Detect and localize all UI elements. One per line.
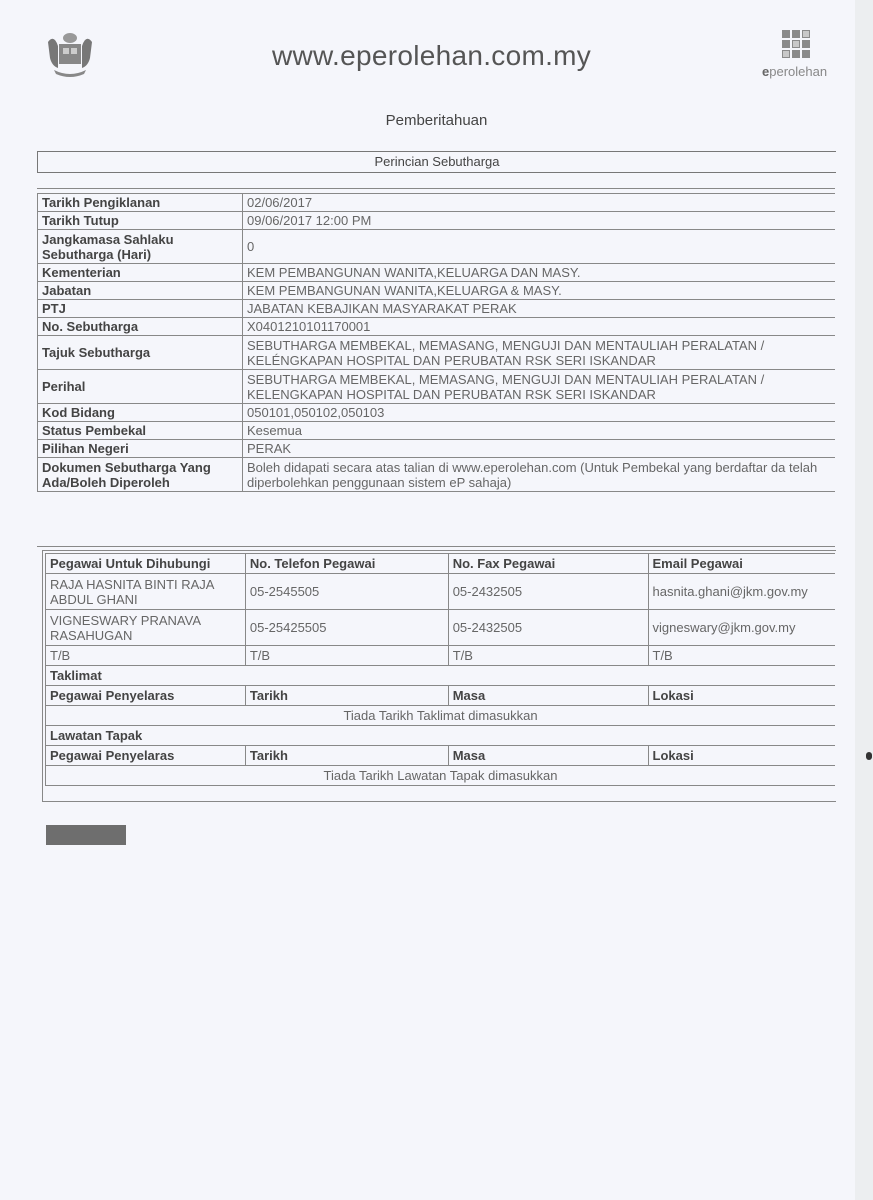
coat-of-arms-icon <box>44 30 96 80</box>
contacts-table: Pegawai Untuk DihubungiNo. Telefon Pegaw… <box>45 553 835 786</box>
detail-row: Status PembekalKesemua <box>38 422 836 440</box>
detail-label: Pilihan Negeri <box>38 440 243 458</box>
column-header: Masa <box>448 686 648 706</box>
column-header: Pegawai Penyelaras <box>46 686 246 706</box>
column-header: Email Pegawai <box>648 554 835 574</box>
detail-row: Dokumen Sebutharga Yang Ada/Boleh Dipero… <box>38 458 836 492</box>
detail-label: Kementerian <box>38 264 243 282</box>
logo-text-rest: perolehan <box>769 64 827 79</box>
detail-row: Tajuk SebuthargaSEBUTHARGA MEMBEKAL, MEM… <box>38 336 836 370</box>
contact-cell: VIGNESWARY PRANAVA RASAHUGAN <box>46 610 246 646</box>
detail-row: No. SebuthargaX0401210101170001 <box>38 318 836 336</box>
contact-cell: T/B <box>245 646 448 666</box>
contact-cell: 05-2545505 <box>245 574 448 610</box>
contact-cell: T/B <box>46 646 246 666</box>
column-header: Tarikh <box>245 686 448 706</box>
detail-label: Status Pembekal <box>38 422 243 440</box>
lawatan-title: Lawatan Tapak <box>46 726 836 746</box>
contact-row: RAJA HASNITA BINTI RAJA ABDUL GHANI05-25… <box>46 574 836 610</box>
divider <box>37 546 835 547</box>
scan-speck <box>866 752 872 760</box>
lawatan-title-row: Lawatan Tapak <box>46 726 836 746</box>
section-title: Perincian Sebutharga <box>37 151 836 173</box>
site-title: www.eperolehan.com.my <box>272 40 591 72</box>
taklimat-title: Taklimat <box>46 666 836 686</box>
detail-label: Tajuk Sebutharga <box>38 336 243 370</box>
detail-value: 050101,050102,050103 <box>243 404 836 422</box>
detail-value: Kesemua <box>243 422 836 440</box>
contact-row: T/BT/BT/BT/B <box>46 646 836 666</box>
detail-value: KEM PEMBANGUNAN WANITA,KELUARGA & MASY. <box>243 282 836 300</box>
contact-cell: vigneswary@jkm.gov.my <box>648 610 835 646</box>
detail-label: Jabatan <box>38 282 243 300</box>
column-header: No. Telefon Pegawai <box>245 554 448 574</box>
contact-cell: 05-2432505 <box>448 574 648 610</box>
details-table: Tarikh Pengiklanan02/06/2017Tarikh Tutup… <box>37 193 835 492</box>
column-header: Masa <box>448 746 648 766</box>
scan-edge <box>855 0 873 1200</box>
contact-cell: 05-2432505 <box>448 610 648 646</box>
contact-row: VIGNESWARY PRANAVA RASAHUGAN05-254255050… <box>46 610 836 646</box>
redacted-button <box>46 825 126 845</box>
detail-label: Jangkamasa Sahlaku Sebutharga (Hari) <box>38 230 243 264</box>
detail-value: 09/06/2017 12:00 PM <box>243 212 836 230</box>
detail-label: No. Sebutharga <box>38 318 243 336</box>
column-header: No. Fax Pegawai <box>448 554 648 574</box>
contact-cell: T/B <box>448 646 648 666</box>
detail-label: Perihal <box>38 370 243 404</box>
taklimat-header-row: Pegawai PenyelarasTarikhMasaLokasi <box>46 686 836 706</box>
notice-title: Pemberitahuan <box>0 112 873 129</box>
contacts-header-row: Pegawai Untuk DihubungiNo. Telefon Pegaw… <box>46 554 836 574</box>
detail-label: Dokumen Sebutharga Yang Ada/Boleh Dipero… <box>38 458 243 492</box>
detail-row: Pilihan NegeriPERAK <box>38 440 836 458</box>
column-header: Lokasi <box>648 686 835 706</box>
detail-row: PTJJABATAN KEBAJIKAN MASYARAKAT PERAK <box>38 300 836 318</box>
detail-value: SEBUTHARGA MEMBEKAL, MEMASANG, MENGUJI D… <box>243 370 836 404</box>
lawatan-header-row: Pegawai PenyelarasTarikhMasaLokasi <box>46 746 836 766</box>
detail-label: Kod Bidang <box>38 404 243 422</box>
taklimat-empty-message: Tiada Tarikh Taklimat dimasukkan <box>46 706 836 726</box>
detail-row: JabatanKEM PEMBANGUNAN WANITA,KELUARGA &… <box>38 282 836 300</box>
logo-text: eperolehan <box>762 64 827 79</box>
column-header: Lokasi <box>648 746 835 766</box>
detail-value: KEM PEMBANGUNAN WANITA,KELUARGA DAN MASY… <box>243 264 836 282</box>
detail-value: SEBUTHARGA MEMBEKAL, MEMASANG, MENGUJI D… <box>243 336 836 370</box>
detail-label: PTJ <box>38 300 243 318</box>
lawatan-empty-row: Tiada Tarikh Lawatan Tapak dimasukkan <box>46 766 836 786</box>
detail-label: Tarikh Tutup <box>38 212 243 230</box>
detail-value: JABATAN KEBAJIKAN MASYARAKAT PERAK <box>243 300 836 318</box>
detail-row: Tarikh Pengiklanan02/06/2017 <box>38 194 836 212</box>
detail-value: Boleh didapati secara atas talian di www… <box>243 458 836 492</box>
detail-row: Kod Bidang050101,050102,050103 <box>38 404 836 422</box>
detail-value: X0401210101170001 <box>243 318 836 336</box>
contact-cell: T/B <box>648 646 835 666</box>
contact-cell: RAJA HASNITA BINTI RAJA ABDUL GHANI <box>46 574 246 610</box>
contact-cell: 05-25425505 <box>245 610 448 646</box>
detail-row: Jangkamasa Sahlaku Sebutharga (Hari)0 <box>38 230 836 264</box>
eperolehan-logo: eperolehan <box>760 30 855 82</box>
taklimat-title-row: Taklimat <box>46 666 836 686</box>
contact-cell: hasnita.ghani@jkm.gov.my <box>648 574 835 610</box>
detail-row: Tarikh Tutup09/06/2017 12:00 PM <box>38 212 836 230</box>
divider <box>37 188 835 189</box>
column-header: Tarikh <box>245 746 448 766</box>
detail-row: KementerianKEM PEMBANGUNAN WANITA,KELUAR… <box>38 264 836 282</box>
logo-grid-icon <box>782 30 810 58</box>
detail-row: PerihalSEBUTHARGA MEMBEKAL, MEMASANG, ME… <box>38 370 836 404</box>
column-header: Pegawai Untuk Dihubungi <box>46 554 246 574</box>
detail-label: Tarikh Pengiklanan <box>38 194 243 212</box>
detail-value: 02/06/2017 <box>243 194 836 212</box>
taklimat-empty-row: Tiada Tarikh Taklimat dimasukkan <box>46 706 836 726</box>
detail-value: 0 <box>243 230 836 264</box>
detail-value: PERAK <box>243 440 836 458</box>
column-header: Pegawai Penyelaras <box>46 746 246 766</box>
lawatan-empty-message: Tiada Tarikh Lawatan Tapak dimasukkan <box>46 766 836 786</box>
